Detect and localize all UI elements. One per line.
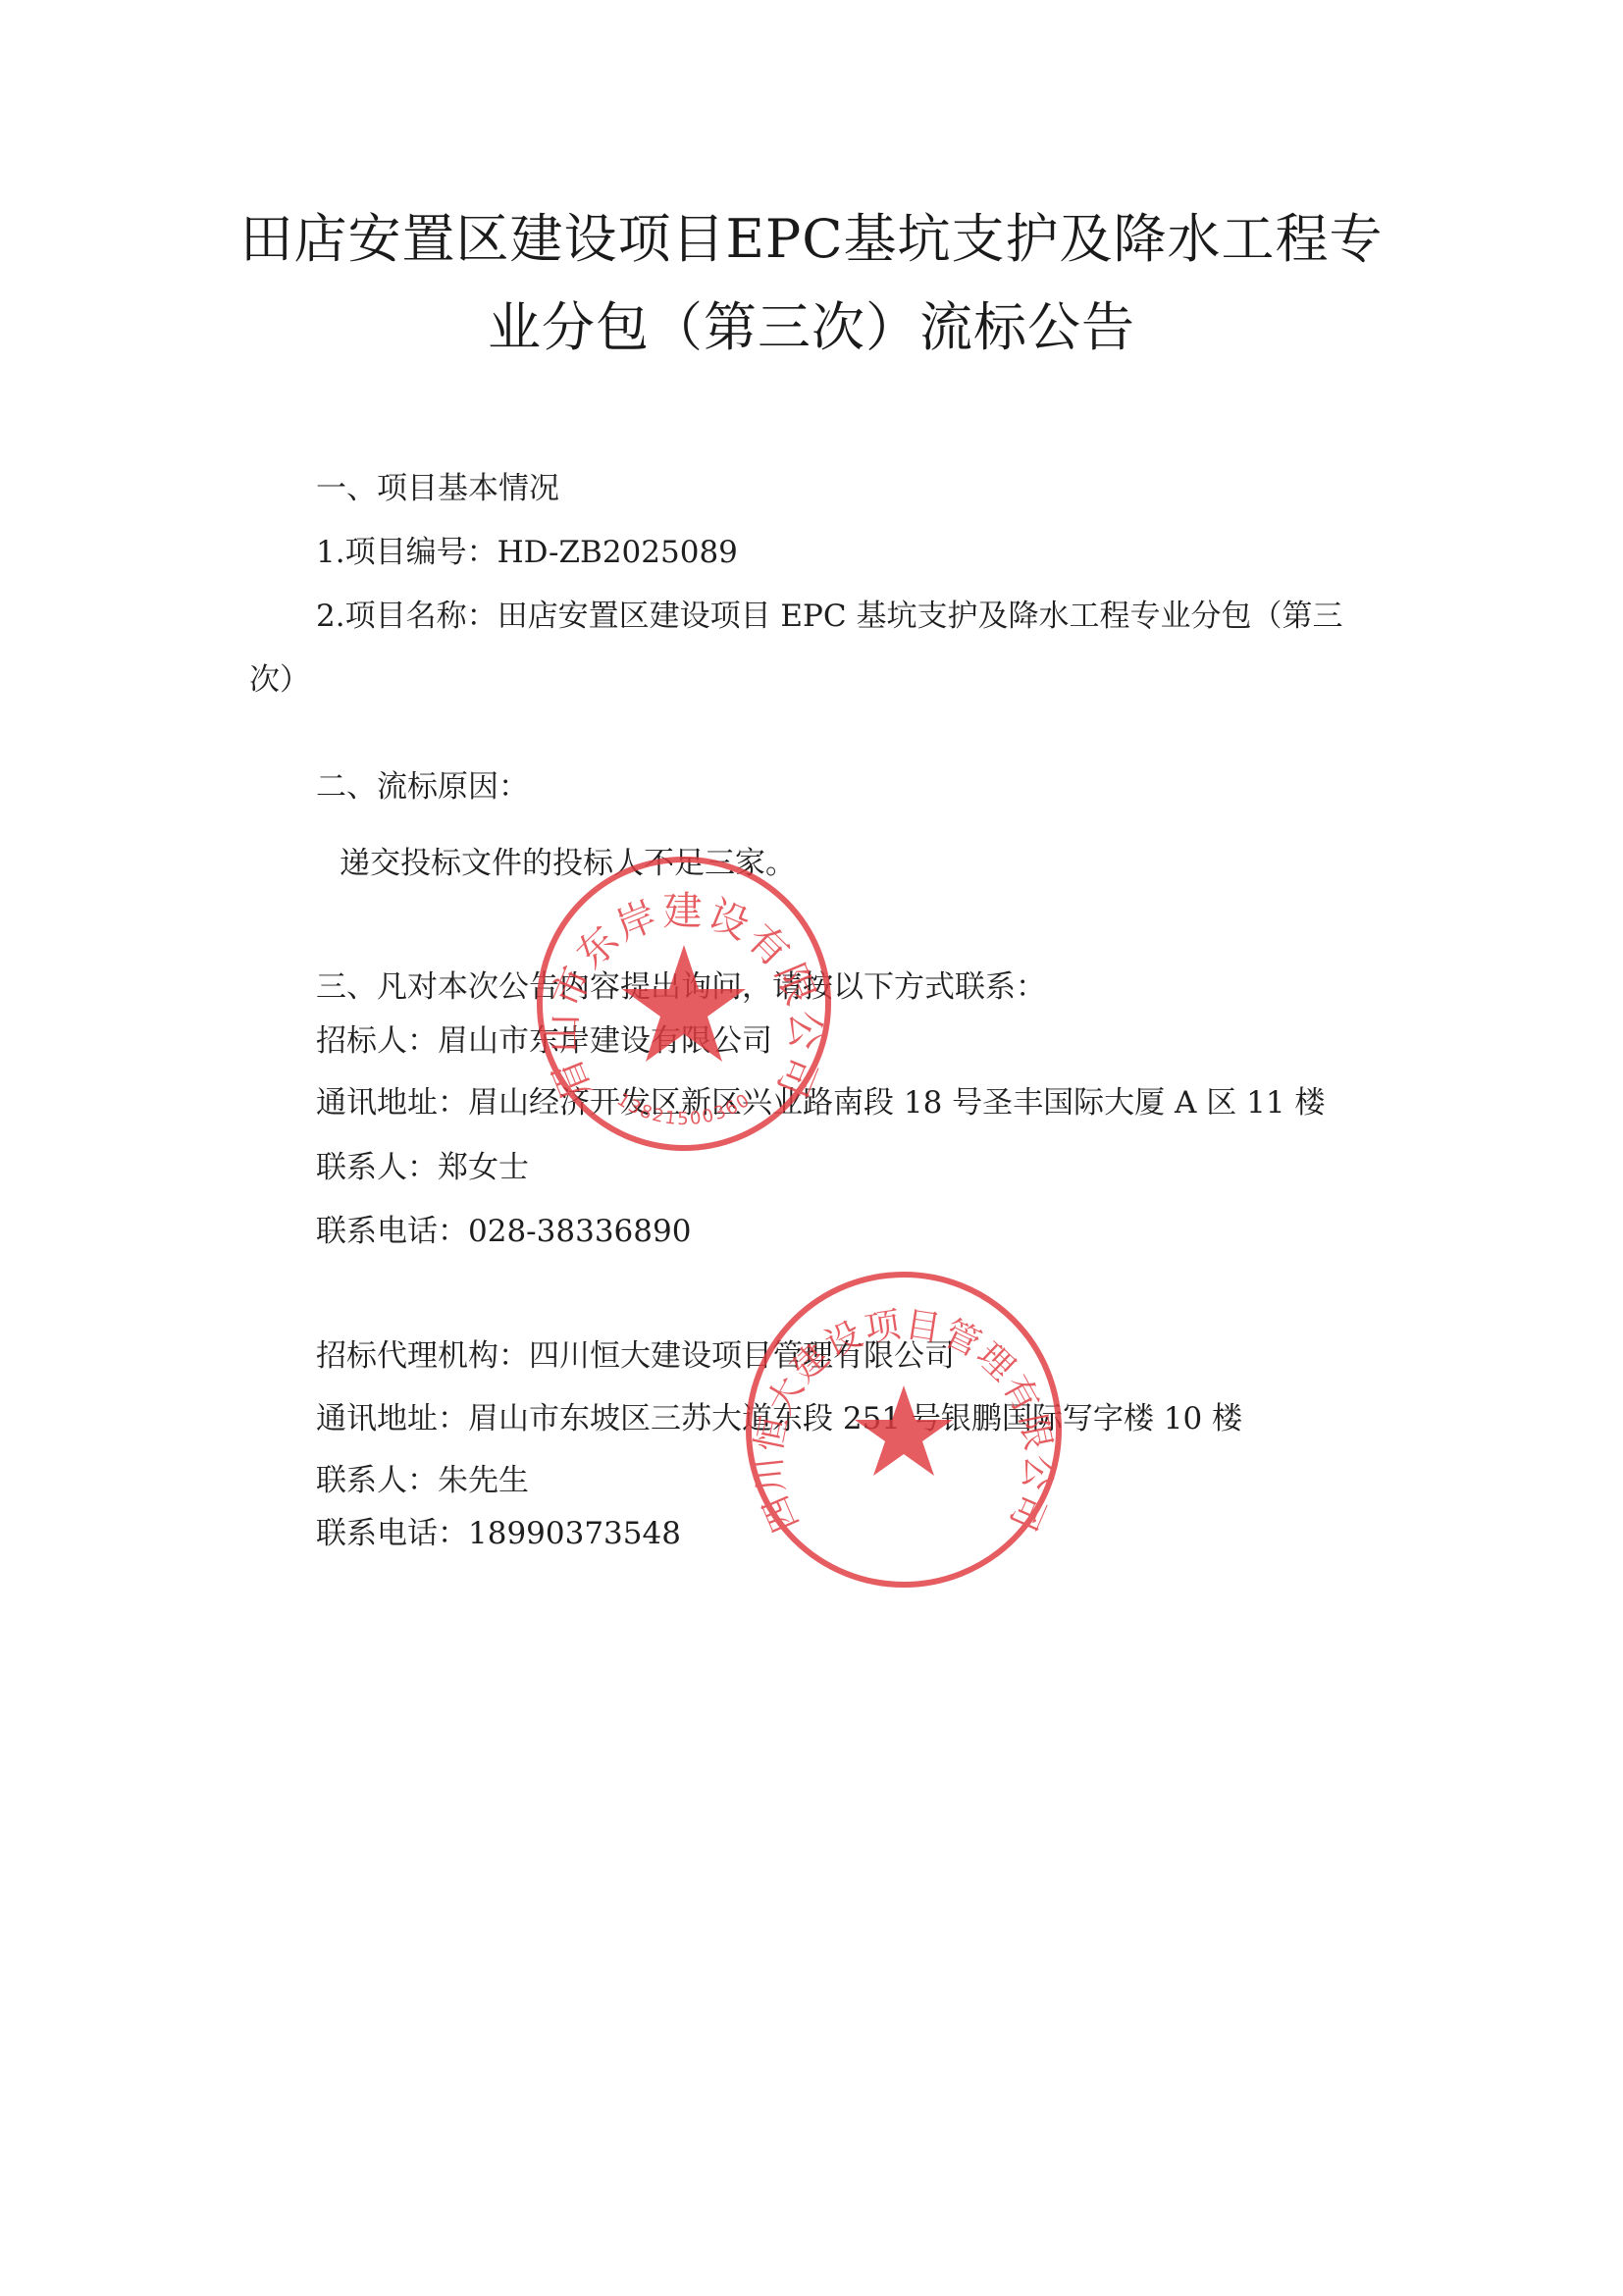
agency-contact: 联系人：朱先生 bbox=[316, 1461, 529, 1500]
tenderer: 招标人：眉山市东岸建设有限公司 bbox=[316, 1021, 772, 1061]
tenderer-phone: 联系电话：028-38336890 bbox=[316, 1212, 691, 1251]
tenderer-contact: 联系人：郑女士 bbox=[316, 1148, 529, 1187]
section2-heading: 二、流标原因： bbox=[316, 767, 529, 807]
project-name-line1: 2.项目名称：田店安置区建设项目 EPC 基坑支护及降水工程专业分包（第三 bbox=[316, 597, 1343, 636]
failure-reason: 递交投标文件的投标人不足三家。 bbox=[340, 844, 796, 883]
agency-address: 通讯地址：眉山市东坡区三苏大道东段 251 号银鹏国际写字楼 10 楼 bbox=[316, 1399, 1242, 1438]
agency: 招标代理机构：四川恒大建设项目管理有限公司 bbox=[316, 1336, 955, 1376]
document-title-line2: 业分包（第三次）流标公告 bbox=[0, 296, 1623, 359]
section3-heading: 三、凡对本次公告内容提出询问，请按以下方式联系： bbox=[316, 967, 1046, 1007]
project-number: 1.项目编号：HD-ZB2025089 bbox=[316, 533, 738, 572]
tenderer-address: 通讯地址：眉山经济开发区新区兴业路南段 18 号圣丰国际大厦 A 区 11 楼 bbox=[316, 1083, 1325, 1122]
document-title-line1: 田店安置区建设项目EPC基坑支护及降水工程专 bbox=[0, 208, 1623, 271]
agency-phone: 联系电话：18990373548 bbox=[316, 1514, 681, 1553]
announcement-page: 田店安置区建设项目EPC基坑支护及降水工程专 业分包（第三次）流标公告 一、项目… bbox=[0, 0, 1623, 2296]
project-name-line2: 次） bbox=[249, 660, 310, 700]
section1-heading: 一、项目基本情况 bbox=[316, 469, 559, 508]
